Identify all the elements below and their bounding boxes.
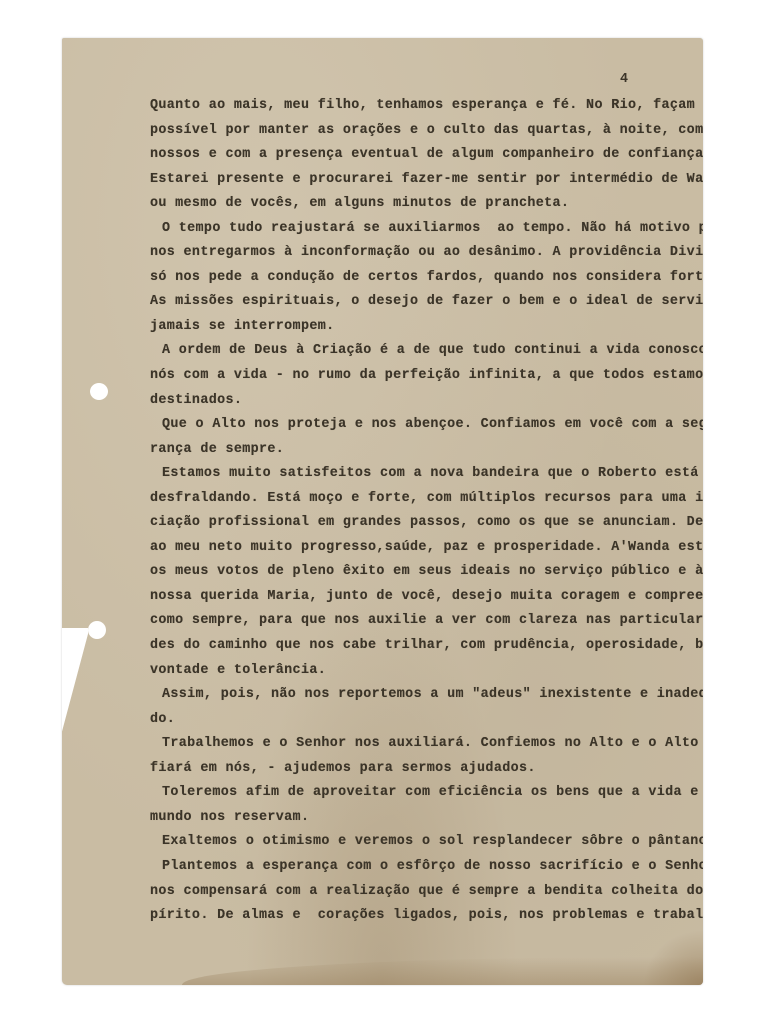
text-line: Que o Alto nos proteja e nos abençoe. Co…	[150, 413, 703, 438]
text-line: desfraldando. Está moço e forte, com múl…	[150, 487, 703, 512]
text-line: jamais se interrompem.	[150, 315, 703, 340]
torn-edge	[62, 628, 88, 739]
text-line: des do caminho que nos cabe trilhar, com…	[150, 634, 703, 659]
text-line: nos entregarmos à inconformação ou ao de…	[150, 241, 703, 266]
punch-hole	[88, 621, 106, 639]
text-line: ao meu neto muito progresso,saúde, paz e…	[150, 536, 703, 561]
text-line: Assim, pois, não nos reportemos a um "ad…	[150, 683, 703, 708]
text-line: vontade e tolerância.	[150, 659, 703, 684]
water-stain	[182, 957, 703, 985]
letter-body: Quanto ao mais, meu filho, tenhamos espe…	[150, 94, 703, 929]
text-line: Toleremos afim de aproveitar com eficiên…	[150, 781, 703, 806]
text-line: Exaltemos o otimismo e veremos o sol res…	[150, 830, 703, 855]
text-line: A ordem de Deus à Criação é a de que tud…	[150, 339, 703, 364]
text-line: nossos e com a presença eventual de algu…	[150, 143, 703, 168]
text-line: mundo nos reservam.	[150, 806, 703, 831]
text-line: destinados.	[150, 389, 703, 414]
text-line: nós com a vida - no rumo da perfeição in…	[150, 364, 703, 389]
scanned-page: 4 Quanto ao mais, meu filho, tenhamos es…	[0, 0, 768, 1024]
text-line: só nos pede a condução de certos fardos,…	[150, 266, 703, 291]
text-line: do.	[150, 708, 703, 733]
text-line: pírito. De almas e corações ligados, poi…	[150, 904, 703, 929]
text-line: os meus votos de pleno êxito em seus ide…	[150, 560, 703, 585]
text-line: O tempo tudo reajustará se auxiliarmos a…	[150, 217, 703, 242]
typewritten-sheet: 4 Quanto ao mais, meu filho, tenhamos es…	[62, 38, 703, 985]
text-line: As missões espirituais, o desejo de faze…	[150, 290, 703, 315]
punch-hole	[90, 383, 108, 400]
text-line: Trabalhemos e o Senhor nos auxiliará. Co…	[150, 732, 703, 757]
text-line: nossa querida Maria, junto de você, dese…	[150, 585, 703, 610]
text-line: ou mesmo de vocês, em alguns minutos de …	[150, 192, 703, 217]
text-line: Estarei presente e procurarei fazer-me s…	[150, 168, 703, 193]
text-line: rança de sempre.	[150, 438, 703, 463]
text-line: possível por manter as orações e o culto…	[150, 119, 703, 144]
text-line: fiará em nós, - ajudemos para sermos aju…	[150, 757, 703, 782]
corner-stain	[643, 930, 703, 985]
text-line: como sempre, para que nos auxilie a ver …	[150, 609, 703, 634]
text-line: Quanto ao mais, meu filho, tenhamos espe…	[150, 94, 703, 119]
text-line: nos compensará com a realização que é se…	[150, 880, 703, 905]
text-line: ciação profissional em grandes passos, c…	[150, 511, 703, 536]
text-line: Estamos muito satisfeitos com a nova ban…	[150, 462, 703, 487]
page-number: 4	[620, 72, 628, 87]
text-line: Plantemos a esperança com o esfôrço de n…	[150, 855, 703, 880]
